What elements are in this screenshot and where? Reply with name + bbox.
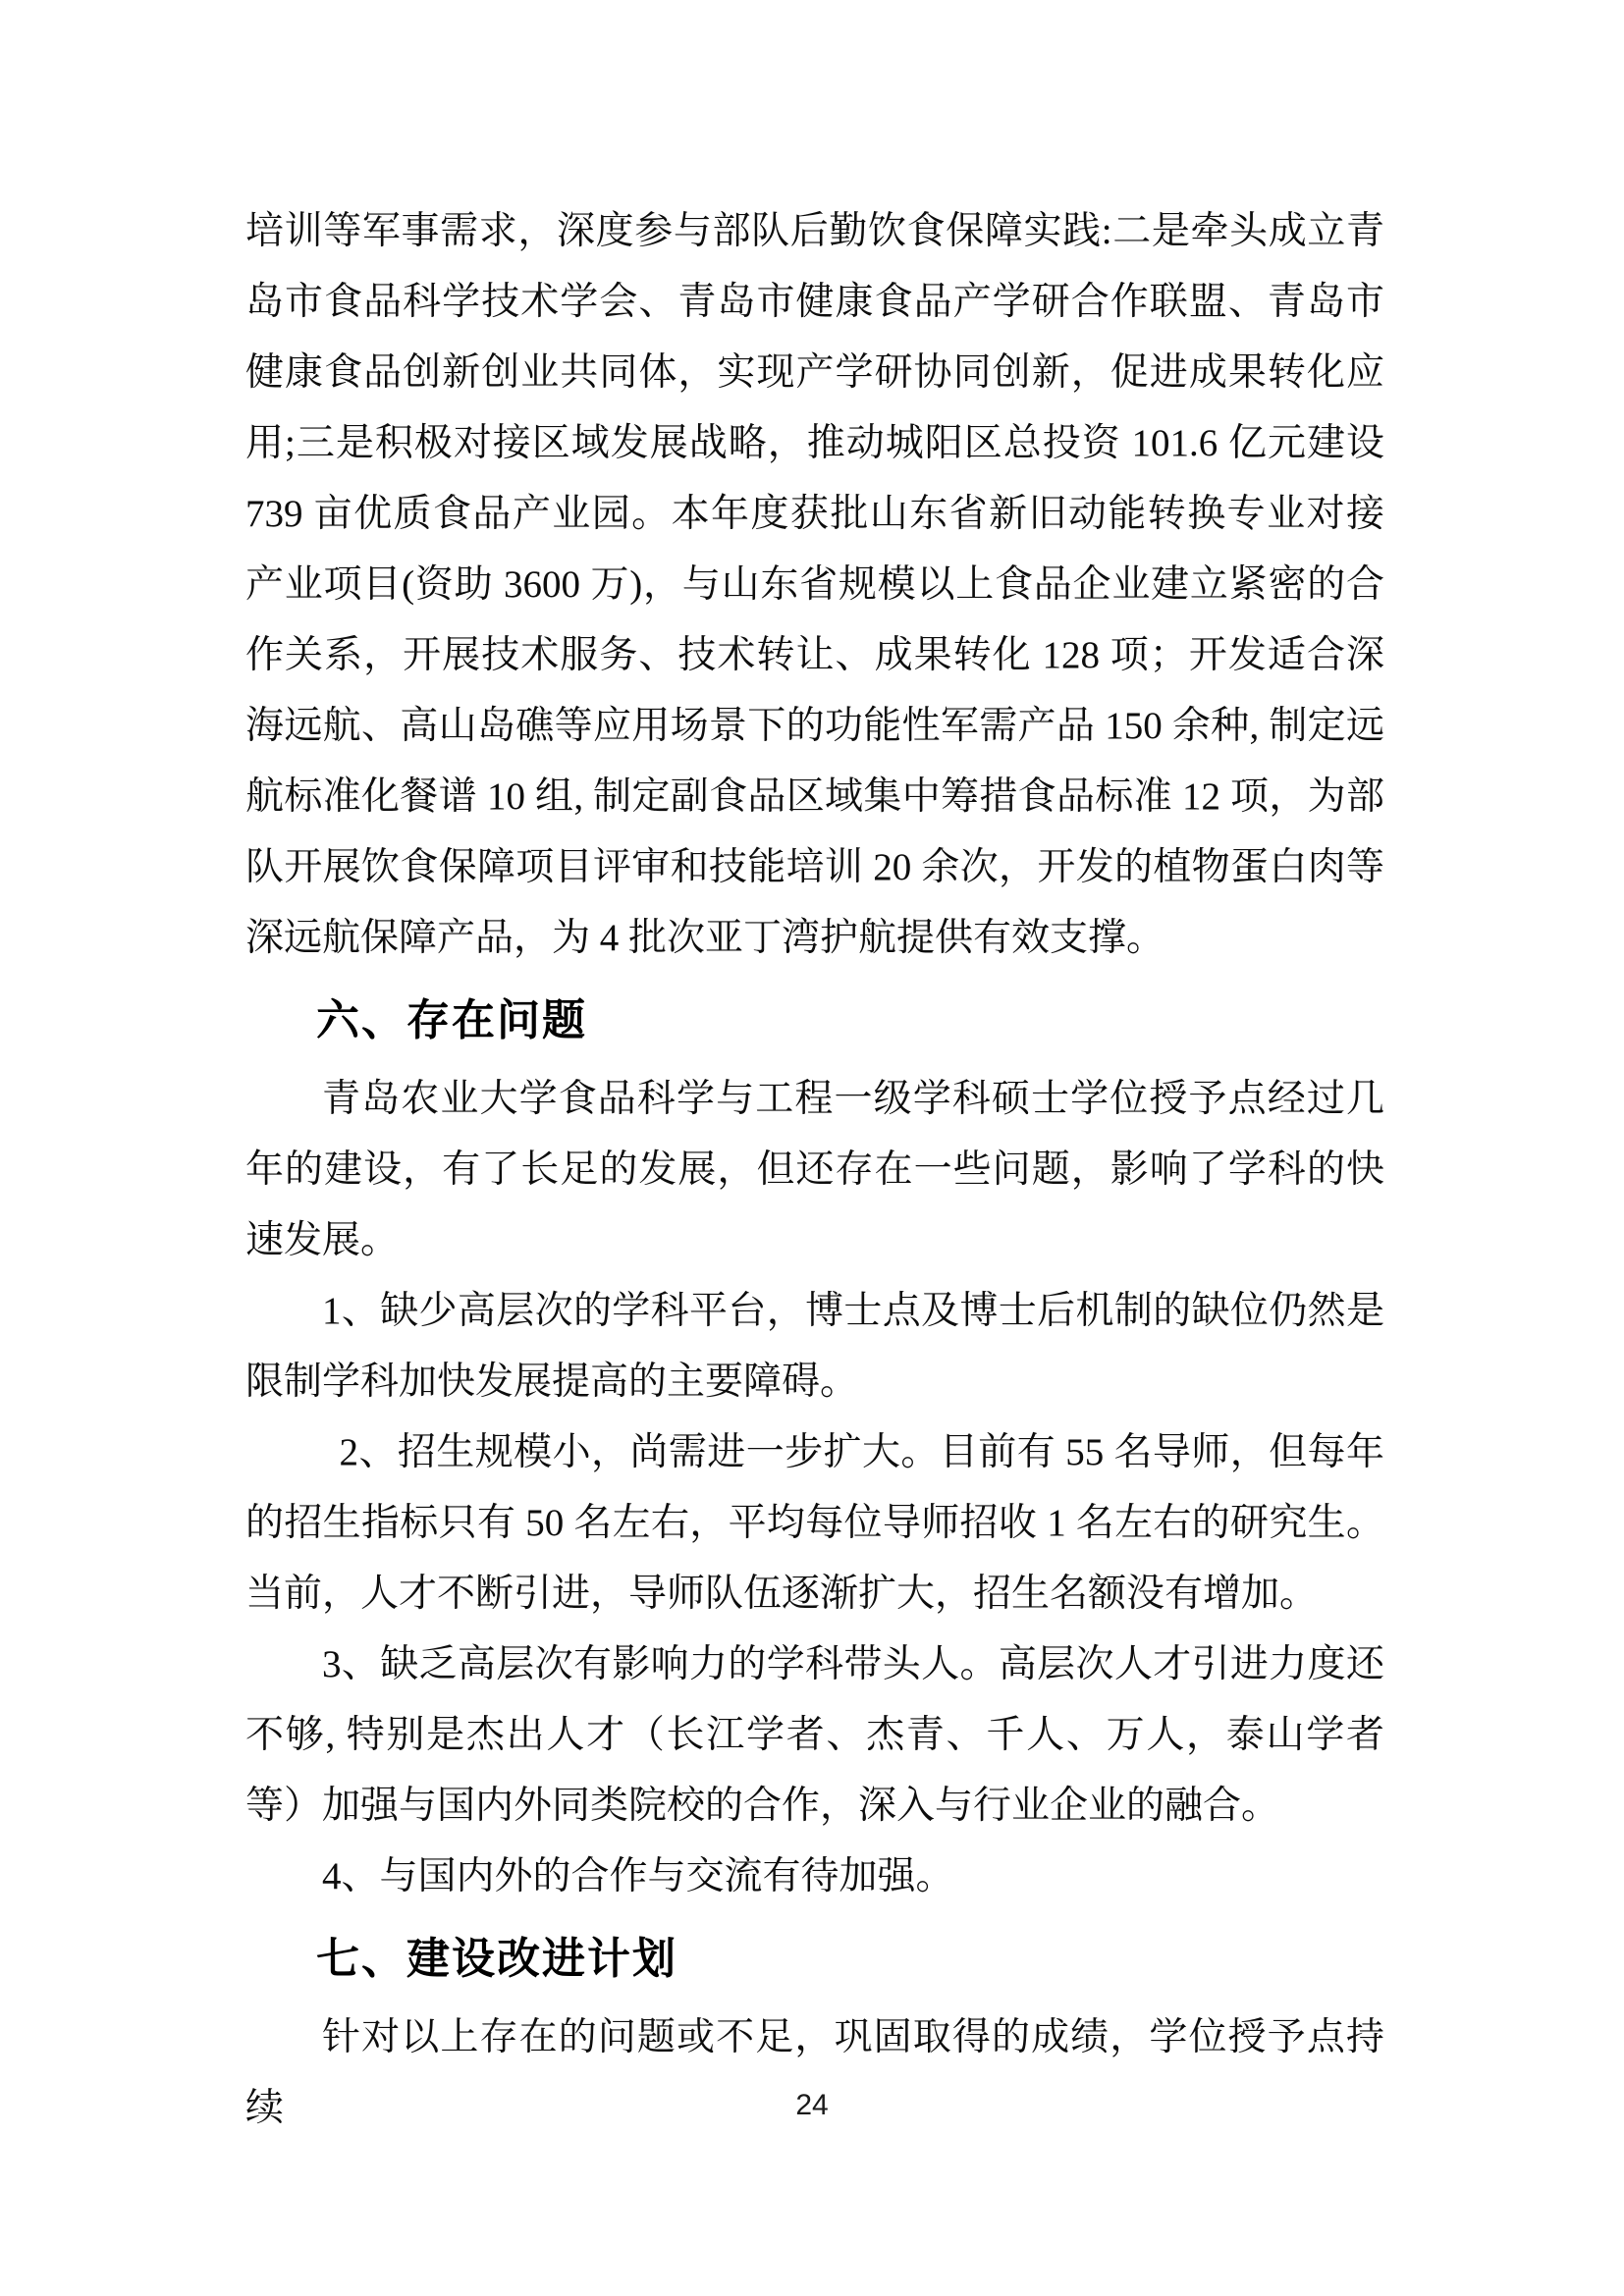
paragraph-problem-4: 4、与国内外的合作与交流有待加强。 <box>245 1842 1384 1912</box>
paragraph-overview: 青岛农业大学食品科学与工程一级学科硕士学位授予点经过几年的建设，有了长足的发展，… <box>245 1064 1384 1276</box>
paragraph-continuation: 培训等军事需求，深度参与部队后勤饮食保障实践:二是牵头成立青岛市食品科学技术学会… <box>245 196 1384 974</box>
document-page: 培训等军事需求，深度参与部队后勤饮食保障实践:二是牵头成立青岛市食品科学技术学会… <box>0 0 1624 2296</box>
section-heading-existing-problems: 六、存在问题 <box>245 984 1384 1058</box>
page-body: 培训等军事需求，深度参与部队后勤饮食保障实践:二是牵头成立青岛市食品科学技术学会… <box>245 196 1384 2144</box>
paragraph-problem-2: 2、招生规模小，尚需进一步扩大。目前有 55 名导师，但每年的招生指标只有 50… <box>245 1417 1384 1629</box>
paragraph-improvement-intro: 针对以上存在的问题或不足，巩固取得的成绩，学位授予点持续 <box>245 2002 1384 2144</box>
section-heading-improvement-plan: 七、建设改进计划 <box>245 1922 1384 1997</box>
paragraph-problem-1: 1、缺少高层次的学科平台，博士点及博士后机制的缺位仍然是限制学科加快发展提高的主… <box>245 1276 1384 1417</box>
paragraph-problem-3: 3、缺乏高层次有影响力的学科带头人。高层次人才引进力度还不够, 特别是杰出人才（… <box>245 1629 1384 1842</box>
page-number: 24 <box>795 2089 828 2121</box>
page-footer: 24 <box>0 2089 1624 2122</box>
